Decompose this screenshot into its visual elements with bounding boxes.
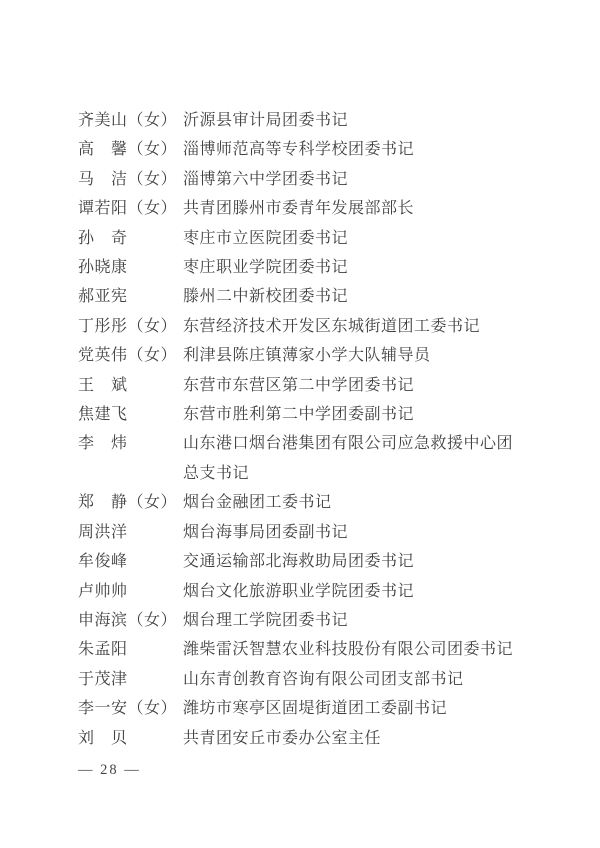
entry-name-cell: 谭若阳（女） xyxy=(78,194,183,223)
entry-name-cell: 孙 奇 xyxy=(78,224,183,253)
entry-name-cell: 卢帅帅 xyxy=(78,577,183,606)
entry-title: 烟台海事局团委副书记 xyxy=(183,518,348,547)
entry-title: 滕州二中新校团委书记 xyxy=(183,282,348,311)
entry-name: 朱孟阳 xyxy=(78,641,128,658)
entry-name-cell: 郑 静（女） xyxy=(78,488,183,517)
list-item: 孙晓康 枣庄职业学院团委书记 xyxy=(78,253,530,282)
document-page: 齐美山（女） 沂源县审计局团委书记 高 馨（女） 淄博师范高等专科学校团委书记 … xyxy=(0,0,600,848)
entry-name: 王 斌 xyxy=(78,377,128,394)
entry-title: 淄博师范高等专科学校团委书记 xyxy=(183,135,414,164)
list-item: 齐美山（女） 沂源县审计局团委书记 xyxy=(78,106,530,135)
entry-name: 谭若阳 xyxy=(78,200,128,217)
entry-title: 东营经济技术开发区东城街道团工委书记 xyxy=(183,312,480,341)
list-item: 郝亚宪 滕州二中新校团委书记 xyxy=(78,282,530,311)
entry-name-cell: 李 炜 xyxy=(78,429,183,458)
entry-name-cell: 高 馨（女） xyxy=(78,135,183,164)
list-item: 谭若阳（女） 共青团滕州市委青年发展部部长 xyxy=(78,194,530,223)
entry-gender-mark: （女） xyxy=(128,171,178,188)
entry-gender-mark: （女） xyxy=(128,141,178,158)
entry-title: 利津县陈庄镇薄家小学大队辅导员 xyxy=(183,341,431,370)
entry-gender-mark: （女） xyxy=(128,700,178,717)
entry-name: 卢帅帅 xyxy=(78,583,128,600)
entry-name: 孙晓康 xyxy=(78,259,128,276)
list-item: 高 馨（女） 淄博师范高等专科学校团委书记 xyxy=(78,135,530,164)
entry-name-cell: 于茂津 xyxy=(78,665,183,694)
entry-name: 焦建飞 xyxy=(78,406,128,423)
list-item: 牟俊峰 交通运输部北海救助局团委书记 xyxy=(78,547,530,576)
entry-gender-mark: （女） xyxy=(128,200,178,217)
entry-gender-mark: （女） xyxy=(128,112,178,129)
list-item: 孙 奇 枣庄市立医院团委书记 xyxy=(78,224,530,253)
entry-title: 东营市东营区第二中学团委书记 xyxy=(183,371,414,400)
list-item: 党英伟（女） 利津县陈庄镇薄家小学大队辅导员 xyxy=(78,341,530,370)
entry-name: 刘 贝 xyxy=(78,730,128,747)
entry-title: 东营市胜利第二中学团委副书记 xyxy=(183,400,414,429)
list-item: 于茂津 山东青创教育咨询有限公司团支部书记 xyxy=(78,665,530,694)
recipient-list: 齐美山（女） 沂源县审计局团委书记 高 馨（女） 淄博师范高等专科学校团委书记 … xyxy=(78,106,530,753)
entry-title: 交通运输部北海救助局团委书记 xyxy=(183,547,414,576)
list-item: 朱孟阳 潍柴雷沃智慧农业科技股份有限公司团委书记 xyxy=(78,635,530,664)
entry-gender-mark: （女） xyxy=(128,347,178,364)
entry-title: 山东港口烟台港集团有限公司应急救援中心团总支书记 xyxy=(183,429,523,488)
list-item: 刘 贝 共青团安丘市委办公室主任 xyxy=(78,724,530,753)
entry-name-cell: 李一安（女） xyxy=(78,694,183,723)
entry-title: 烟台文化旅游职业学院团委书记 xyxy=(183,577,414,606)
list-item: 丁彤彤（女） 东营经济技术开发区东城街道团工委书记 xyxy=(78,312,530,341)
list-item: 马 洁（女） 淄博第六中学团委书记 xyxy=(78,165,530,194)
entry-name-cell: 齐美山（女） xyxy=(78,106,183,135)
entry-name-cell: 申海滨（女） xyxy=(78,606,183,635)
entry-name-cell: 焦建飞 xyxy=(78,400,183,429)
list-item: 周洪洋 烟台海事局团委副书记 xyxy=(78,518,530,547)
entry-title: 淄博第六中学团委书记 xyxy=(183,165,348,194)
entry-name: 牟俊峰 xyxy=(78,553,128,570)
list-item: 卢帅帅 烟台文化旅游职业学院团委书记 xyxy=(78,577,530,606)
entry-name-cell: 朱孟阳 xyxy=(78,635,183,664)
entry-name-cell: 郝亚宪 xyxy=(78,282,183,311)
entry-gender-mark: （女） xyxy=(128,318,178,335)
entry-name: 周洪洋 xyxy=(78,524,128,541)
entry-name: 李一安 xyxy=(78,700,128,717)
list-item: 焦建飞 东营市胜利第二中学团委副书记 xyxy=(78,400,530,429)
entry-name: 党英伟 xyxy=(78,347,128,364)
entry-name: 马 洁 xyxy=(78,171,128,188)
entry-name: 齐美山 xyxy=(78,112,128,129)
entry-name-cell: 马 洁（女） xyxy=(78,165,183,194)
entry-title: 烟台理工学院团委书记 xyxy=(183,606,348,635)
list-item: 李 炜 山东港口烟台港集团有限公司应急救援中心团总支书记 xyxy=(78,429,530,488)
entry-name-cell: 牟俊峰 xyxy=(78,547,183,576)
entry-title: 共青团滕州市委青年发展部部长 xyxy=(183,194,414,223)
list-item: 郑 静（女） 烟台金融团工委书记 xyxy=(78,488,530,517)
entry-name-cell: 丁彤彤（女） xyxy=(78,312,183,341)
entry-title: 沂源县审计局团委书记 xyxy=(183,106,348,135)
entry-name: 郝亚宪 xyxy=(78,288,128,305)
list-item: 申海滨（女） 烟台理工学院团委书记 xyxy=(78,606,530,635)
list-item: 李一安（女） 潍坊市寒亭区固堤街道团工委副书记 xyxy=(78,694,530,723)
entry-title: 枣庄市立医院团委书记 xyxy=(183,224,348,253)
entry-name-cell: 周洪洋 xyxy=(78,518,183,547)
entry-name: 郑 静 xyxy=(78,494,128,511)
entry-title: 山东青创教育咨询有限公司团支部书记 xyxy=(183,665,464,694)
entry-name-cell: 刘 贝 xyxy=(78,724,183,753)
entry-name: 高 馨 xyxy=(78,141,128,158)
entry-name: 孙 奇 xyxy=(78,230,128,247)
entry-title: 潍柴雷沃智慧农业科技股份有限公司团委书记 xyxy=(183,635,513,664)
entry-gender-mark: （女） xyxy=(128,494,178,511)
entry-name-cell: 孙晓康 xyxy=(78,253,183,282)
entry-name-cell: 党英伟（女） xyxy=(78,341,183,370)
entry-title: 枣庄职业学院团委书记 xyxy=(183,253,348,282)
entry-gender-mark: （女） xyxy=(128,612,178,629)
entry-name: 丁彤彤 xyxy=(78,318,128,335)
entry-name: 于茂津 xyxy=(78,671,128,688)
entry-title: 潍坊市寒亭区固堤街道团工委副书记 xyxy=(183,694,447,723)
page-number: — 28 — xyxy=(78,762,141,779)
entry-name-cell: 王 斌 xyxy=(78,371,183,400)
entry-title: 共青团安丘市委办公室主任 xyxy=(183,724,381,753)
entry-title: 烟台金融团工委书记 xyxy=(183,488,332,517)
entry-name: 李 炜 xyxy=(78,435,128,452)
list-item: 王 斌 东营市东营区第二中学团委书记 xyxy=(78,371,530,400)
entry-name: 申海滨 xyxy=(78,612,128,629)
